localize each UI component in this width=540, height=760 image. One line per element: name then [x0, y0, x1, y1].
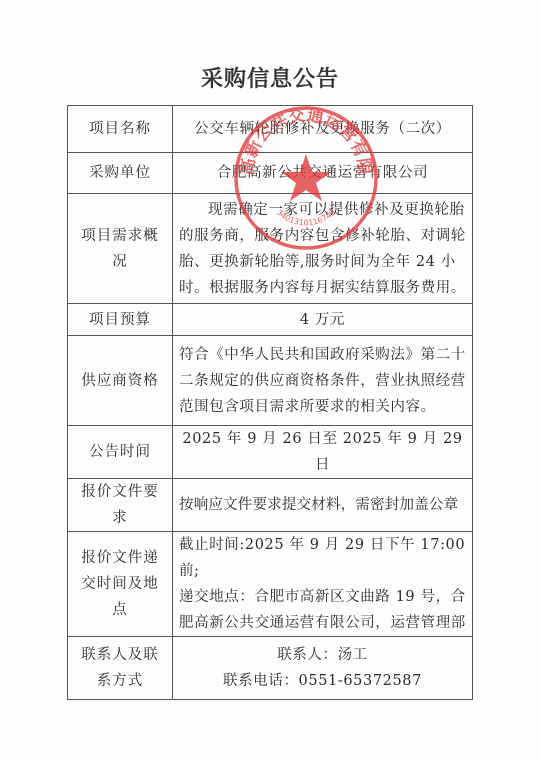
requirements-text: 现需确定一家可以提供修补及更换轮胎的服务商，服务内容包含修补轮胎、对调轮胎、更换… [179, 197, 466, 301]
value-quote-requirements: 按响应文件要求提交材料，需密封加盖公章 [173, 479, 473, 532]
label-budget: 项目预算 [68, 304, 173, 336]
value-project-name: 公交车辆轮胎修补及更换服务（二次） [173, 106, 473, 153]
label-supplier-qualification: 供应商资格 [68, 336, 173, 426]
label-notice-period: 公告时间 [68, 426, 173, 479]
row-contact: 联系人及联系方式 联系人：汤工 联系电话：0551-65372587 [68, 637, 473, 700]
value-notice-period: 2025 年 9 月 26 日至 2025 年 9 月 29 日 [173, 426, 473, 479]
row-supplier-qualification: 供应商资格 符合《中华人民共和国政府采购法》第二十二条规定的供应商资格条件，营业… [68, 336, 473, 426]
row-submission: 报价文件递交时间及地点 截止时间:2025 年 9 月 29 日下午 17:00… [68, 532, 473, 637]
row-budget: 项目预算 4 万元 [68, 304, 473, 336]
label-contact: 联系人及联系方式 [68, 637, 173, 700]
contact-person: 联系人：汤工 [179, 642, 466, 668]
value-purchaser: 合肥高新公共交通运营有限公司 [173, 153, 473, 194]
submission-location: 递交地点：合肥市高新区文曲路 19 号，合肥高新公共交通运营有限公司，运营管理部 [179, 584, 466, 636]
value-submission: 截止时间:2025 年 9 月 29 日下午 17:00 前; 递交地点：合肥市… [173, 532, 473, 637]
label-requirements: 项目需求概况 [68, 194, 173, 304]
value-contact: 联系人：汤工 联系电话：0551-65372587 [173, 637, 473, 700]
value-supplier-qualification: 符合《中华人民共和国政府采购法》第二十二条规定的供应商资格条件，营业执照经营范围… [173, 336, 473, 426]
label-project-name: 项目名称 [68, 106, 173, 153]
contact-phone: 联系电话：0551-65372587 [179, 668, 466, 694]
procurement-info-table: 项目名称 公交车辆轮胎修补及更换服务（二次） 采购单位 合肥高新公共交通运营有限… [67, 105, 473, 700]
row-purchaser: 采购单位 合肥高新公共交通运营有限公司 [68, 153, 473, 194]
label-quote-requirements: 报价文件要求 [68, 479, 173, 532]
row-project-name: 项目名称 公交车辆轮胎修补及更换服务（二次） [68, 106, 473, 153]
row-notice-period: 公告时间 2025 年 9 月 26 日至 2025 年 9 月 29 日 [68, 426, 473, 479]
row-requirements: 项目需求概况 现需确定一家可以提供修补及更换轮胎的服务商，服务内容包含修补轮胎、… [68, 194, 473, 304]
value-requirements: 现需确定一家可以提供修补及更换轮胎的服务商，服务内容包含修补轮胎、对调轮胎、更换… [173, 194, 473, 304]
document-title: 采购信息公告 [0, 62, 540, 93]
submission-deadline: 截止时间:2025 年 9 月 29 日下午 17:00 前; [179, 532, 466, 584]
row-quote-requirements: 报价文件要求 按响应文件要求提交材料，需密封加盖公章 [68, 479, 473, 532]
label-submission: 报价文件递交时间及地点 [68, 532, 173, 637]
label-purchaser: 采购单位 [68, 153, 173, 194]
value-budget: 4 万元 [173, 304, 473, 336]
